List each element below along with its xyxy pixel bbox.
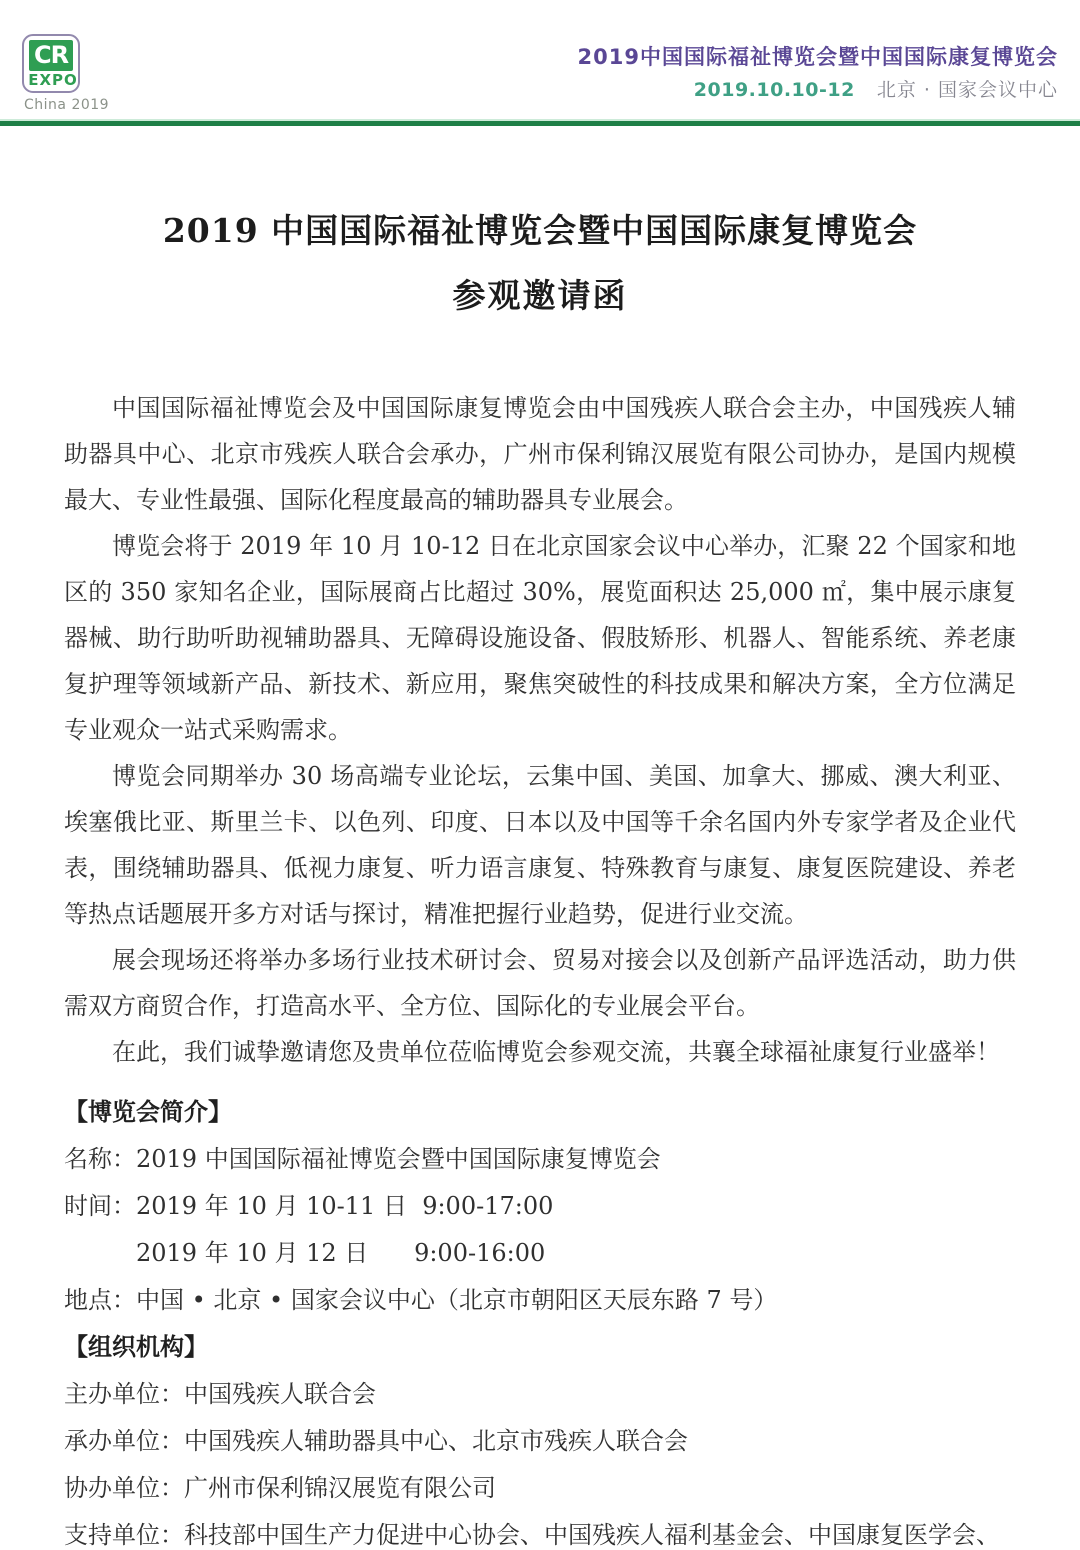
body-paragraph: 在此，我们诚挚邀请您及贵单位莅临博览会参观交流，共襄全球福祉康复行业盛举！ xyxy=(64,1029,1016,1075)
header-divider xyxy=(0,119,1080,126)
logo-expo-text: EXPO xyxy=(24,71,82,89)
document-page: CR EXPO China 2019 2019中国国际福祉博览会暨中国国际康复博… xyxy=(0,0,1080,1550)
org-item: 承办单位：中国残疾人辅助器具中心、北京市残疾人联合会 xyxy=(64,1418,1016,1464)
logo-tagline: China 2019 xyxy=(24,97,142,113)
org-heading: 【组织机构】 xyxy=(64,1324,1016,1370)
header-right-block: 2019中国国际福祉博览会暨中国国际康复博览会 2019.10.10-12 北京… xyxy=(578,44,1058,102)
header-venue: 北京 · 国家会议中心 xyxy=(877,79,1058,101)
intro-location-line: 地点：中国 • 北京 • 国家会议中心（北京市朝阳区天辰东路 7 号） xyxy=(64,1277,1016,1323)
body-paragraph: 博览会将于 2019 年 10 月 10-12 日在北京国家会议中心举办，汇聚 … xyxy=(64,523,1016,753)
intro-time-line-2: 2019 年 10 月 12 日 9:00-16:00 xyxy=(64,1230,1016,1276)
body-text: 中国国际福祉博览会及中国国际康复博览会由中国残疾人联合会主办，中国残疾人辅助器具… xyxy=(64,385,1016,1075)
document-content: 2019 中国国际福祉博览会暨中国国际康复博览会 参观邀请函 中国国际福祉博览会… xyxy=(64,195,1016,1550)
info-sections: 【博览会简介】 名称：2019 中国国际福祉博览会暨中国国际康复博览会 时间：2… xyxy=(64,1089,1016,1550)
doc-subtitle: 参观邀请函 xyxy=(64,274,1016,317)
header-date: 2019.10.10-12 xyxy=(694,79,855,101)
doc-title: 2019 中国国际福祉博览会暨中国国际康复博览会 xyxy=(64,195,1016,252)
body-paragraph: 博览会同期举办 30 场高端专业论坛，云集中国、美国、加拿大、挪威、澳大利亚、埃… xyxy=(64,753,1016,937)
intro-time-line-1: 时间：2019 年 10 月 10-11 日 9:00-17:00 xyxy=(64,1183,1016,1229)
org-item: 支持单位：科技部中国生产力促进中心协会、中国残疾人福利基金会、中国康复医学会、 xyxy=(64,1512,1016,1550)
intro-heading: 【博览会简介】 xyxy=(64,1089,1016,1135)
org-item: 主办单位：中国残疾人联合会 xyxy=(64,1371,1016,1417)
body-paragraph: 展会现场还将举办多场行业技术研讨会、贸易对接会以及创新产品评选活动，助力供需双方… xyxy=(64,937,1016,1029)
logo-frame: CR EXPO xyxy=(22,34,80,93)
intro-name-line: 名称：2019 中国国际福祉博览会暨中国国际康复博览会 xyxy=(64,1136,1016,1182)
body-paragraph: 中国国际福祉博览会及中国国际康复博览会由中国残疾人联合会主办，中国残疾人辅助器具… xyxy=(64,385,1016,523)
page-header: CR EXPO China 2019 2019中国国际福祉博览会暨中国国际康复博… xyxy=(0,0,1080,119)
header-subline: 2019.10.10-12 北京 · 国家会议中心 xyxy=(578,79,1058,102)
logo-cr-text: CR xyxy=(29,40,73,71)
cr-expo-logo: CR EXPO China 2019 xyxy=(22,34,142,113)
org-item: 协办单位：广州市保利锦汉展览有限公司 xyxy=(64,1465,1016,1511)
header-expo-title: 2019中国国际福祉博览会暨中国国际康复博览会 xyxy=(578,44,1058,70)
